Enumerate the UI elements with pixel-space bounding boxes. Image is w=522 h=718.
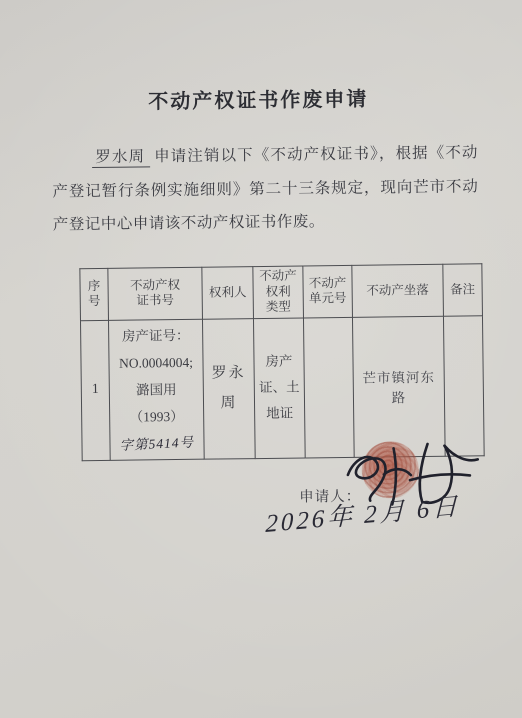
paper-sheet: 不动产权证书作废申请 罗水周申请注销以下《不动产权证书》，根据《不动产登记暂行条… xyxy=(0,0,522,718)
certificate-table: 序号 不动产权 证书号 权利人 不动产 权利 类型 不动产 单元号 不动产坐落 … xyxy=(79,263,484,461)
application-paragraph: 罗水周申请注销以下《不动产权证书》，根据《不动产登记暂行条例实施细则》第二十三条… xyxy=(52,136,479,242)
cert-no-handwritten: 字第5414号 xyxy=(119,428,195,458)
cert-no-printed: 房产证号： NO.0004004; 潞国用（1993） xyxy=(119,328,193,425)
header-holder: 权利人 xyxy=(202,267,254,319)
document-title: 不动产权证书作废申请 xyxy=(0,81,519,116)
header-seq: 序号 xyxy=(80,268,109,320)
applicant-name-underlined: 罗水周 xyxy=(92,148,150,168)
cell-cert-no: 房产证号： NO.0004004; 潞国用（1993）字第5414号 xyxy=(108,319,204,460)
header-note: 备注 xyxy=(443,264,483,316)
header-cert-no: 不动产权 证书号 xyxy=(108,267,203,320)
header-unit-no: 不动产 单元号 xyxy=(303,265,353,317)
header-location: 不动产坐落 xyxy=(352,264,444,317)
table-header-row: 序号 不动产权 证书号 权利人 不动产 权利 类型 不动产 单元号 不动产坐落 … xyxy=(80,264,483,321)
cell-right-type: 房产 证、土 地证 xyxy=(253,318,305,459)
header-right-type: 不动产 权利 类型 xyxy=(253,266,304,318)
document-content: 不动产权证书作废申请 罗水周申请注销以下《不动产权证书》，根据《不动产登记暂行条… xyxy=(0,0,522,718)
cell-seq: 1 xyxy=(80,320,110,460)
cell-holder: 罗永周 xyxy=(202,318,255,459)
